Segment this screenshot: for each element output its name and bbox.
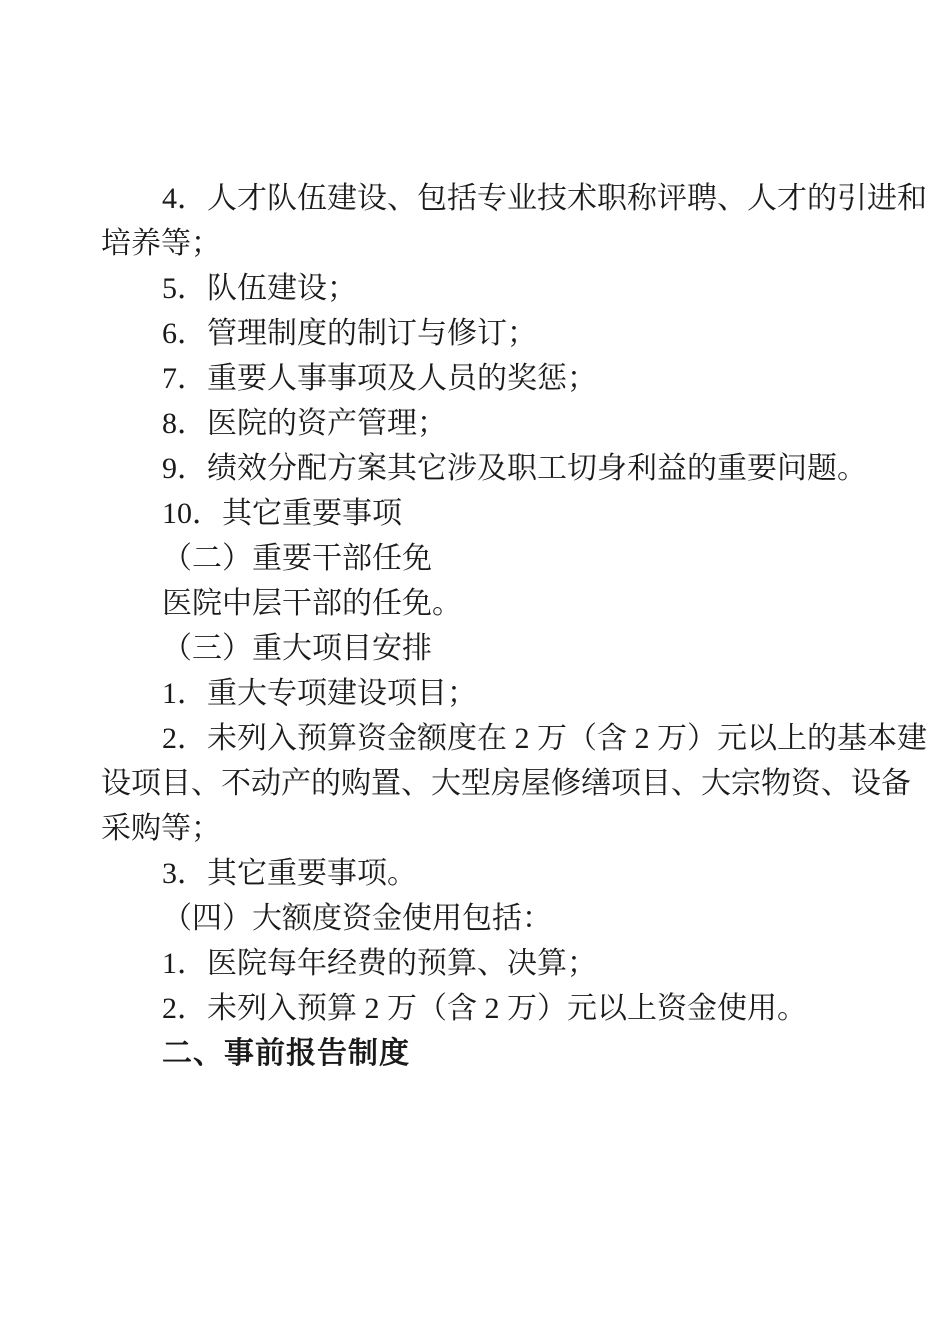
text-line: （三）重大项目安排 [101,626,861,671]
text-line: 5．队伍建设； [101,266,861,311]
text-line: 培养等； [101,221,861,266]
text-line: 2．未列入预算资金额度在 2 万（含 2 万）元以上的基本建 [101,716,861,761]
text-line: 1．重大专项建设项目； [101,671,861,716]
text-line: 医院中层干部的任免。 [101,581,861,626]
text-line: 7．重要人事事项及人员的奖惩； [101,356,861,401]
text-line: 设项目、不动产的购置、大型房屋修缮项目、大宗物资、设备 [101,761,861,806]
section-heading: 二、事前报告制度 [101,1031,861,1076]
text-line: （四）大额度资金使用包括： [101,896,861,941]
text-line: 9．绩效分配方案其它涉及职工切身利益的重要问题。 [101,446,861,491]
text-line: 8．医院的资产管理； [101,401,861,446]
text-line: 10．其它重要事项 [101,491,861,536]
text-line: 3．其它重要事项。 [101,851,861,896]
text-line: 6．管理制度的制订与修订； [101,311,861,356]
text-line: 1．医院每年经费的预算、决算； [101,941,861,986]
text-line: 4．人才队伍建设、包括专业技术职称评聘、人才的引进和 [101,176,861,221]
text-line: （二）重要干部任免 [101,536,861,581]
text-line: 2．未列入预算 2 万（含 2 万）元以上资金使用。 [101,986,861,1031]
document-page: 4．人才队伍建设、包括专业技术职称评聘、人才的引进和培养等；5．队伍建设；6．管… [0,0,950,1344]
text-line: 采购等； [101,806,861,851]
document-body: 4．人才队伍建设、包括专业技术职称评聘、人才的引进和培养等；5．队伍建设；6．管… [101,176,861,1076]
